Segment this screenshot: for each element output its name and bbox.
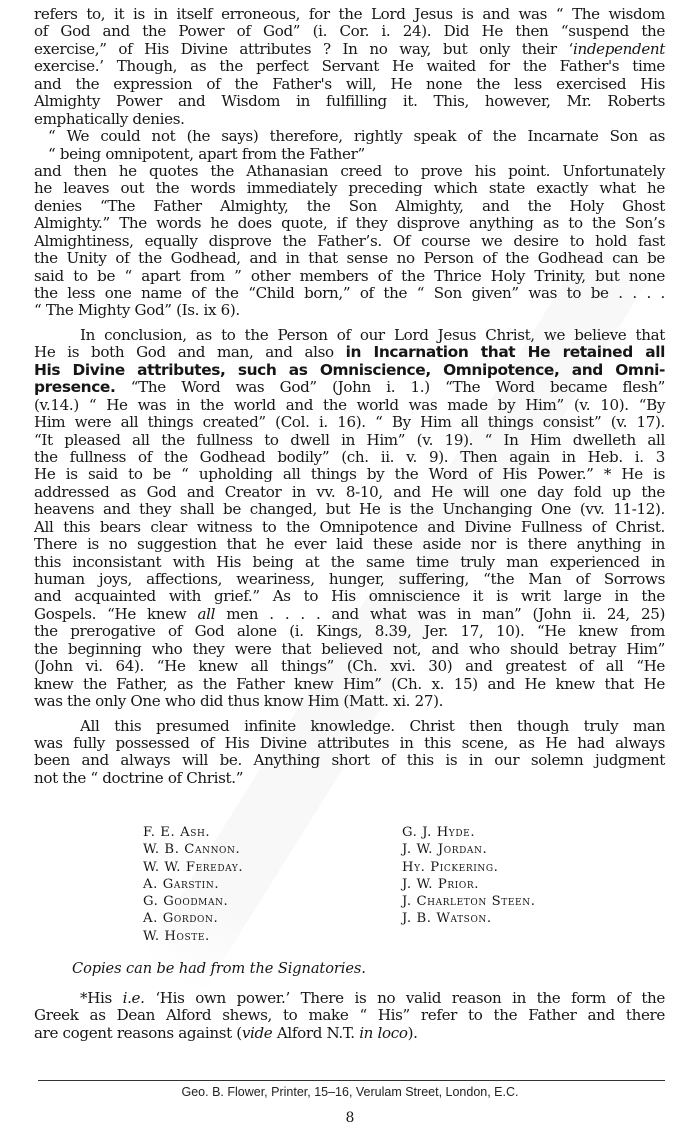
text-line: All this bears clear witness to the Omni…	[34, 519, 665, 536]
text-line: heavens and they shall be changed, but H…	[34, 501, 665, 518]
text-line: presence. “The Word was God” (John i. 1.…	[34, 379, 665, 396]
signatory-name: W. B. Cannon.	[143, 841, 243, 858]
signatory-name: J. W. Prior.	[402, 876, 536, 893]
text-line: “ The Mighty God” (Is. ix 6).	[34, 302, 665, 319]
text-line: was fully possessed of His Divine attrib…	[34, 735, 665, 752]
signatory-name: Hy. Pickering.	[402, 859, 536, 876]
text-line: “ being omnipotent, apart from the Fathe…	[34, 146, 665, 163]
bold-text: His Divine attributes, such as Omniscien…	[34, 361, 665, 379]
text-line: and the expression of the Father's will,…	[34, 76, 665, 93]
bold-text: in Incarnation that He retained all	[346, 343, 665, 361]
text-line: “ We could not (he says) therefore, righ…	[34, 128, 665, 145]
signatory-name: J. Charleton Steen.	[402, 893, 536, 910]
footer-divider	[38, 1080, 665, 1081]
signatory-name: W. W. Fereday.	[143, 859, 243, 876]
text-line: the less one name of the “Child born,” o…	[34, 285, 665, 302]
signatory-name: J. W. Jordan.	[402, 841, 536, 858]
signatories-right-column: G. J. Hyde. J. W. Jordan. Hy. Pickering.…	[402, 824, 536, 928]
text-line: and acquainted with grief.” As to His om…	[34, 588, 665, 605]
text-line: (John vi. 64). “He knew all things” (Ch.…	[34, 658, 665, 675]
text-line: and then he quotes the Athanasian creed …	[34, 163, 665, 180]
text-line: Him were all things created” (Col. i. 16…	[34, 414, 665, 431]
text-line: emphatically denies.	[34, 111, 665, 128]
text-line: exercise.’ Though, as the perfect Servan…	[34, 58, 665, 75]
bold-text: presence.	[34, 378, 115, 396]
text-line: He is said to be “ upholding all things …	[34, 466, 665, 483]
document-body: refers to, it is in itself erroneous, fo…	[34, 6, 665, 787]
signatory-name: G. Goodman.	[143, 893, 243, 910]
text-line: said to be “ apart from ” other members …	[34, 268, 665, 285]
text-line: Almighty.” The words he does quote, if t…	[34, 215, 665, 232]
text-line: His Divine attributes, such as Omniscien…	[34, 362, 665, 379]
text-line: of God and the Power of God” (i. Cor. i.…	[34, 23, 665, 40]
signatory-name: W. Hoste.	[143, 928, 243, 945]
text-line: *His i.e. ‘His own power.’ There is no v…	[34, 990, 665, 1007]
italic-text: independent	[573, 40, 665, 58]
block-quote: “ We could not (he says) therefore, righ…	[34, 128, 665, 163]
italic-text: all	[198, 605, 216, 623]
text-line: Almighty Power and Wisdom in fulfilling …	[34, 93, 665, 110]
text-line: “It pleased all the fullness to dwell in…	[34, 432, 665, 449]
text-line: he leaves out the words immediately prec…	[34, 180, 665, 197]
text-line: Almightiness, equally disprove the Fathe…	[34, 233, 665, 250]
signatory-name: A. Gordon.	[143, 910, 243, 927]
signatory-name: J. B. Watson.	[402, 910, 536, 927]
text-line: Greek as Dean Alford shews, to make “ Hi…	[34, 1007, 665, 1024]
text-line: addressed as God and Creator in vv. 8-10…	[34, 484, 665, 501]
text-line: exercise,” of His Divine attributes ? In…	[34, 41, 665, 58]
printer-imprint: Geo. B. Flower, Printer, 15–16, Verulam …	[0, 1085, 700, 1099]
text-line: (v.14.) “ He was in the world and the wo…	[34, 397, 665, 414]
text-line: the beginning who they were that believe…	[34, 641, 665, 658]
text-line: been and always will be. Anything short …	[34, 752, 665, 769]
paragraph-2: and then he quotes the Athanasian creed …	[34, 163, 665, 320]
text-line: are cogent reasons against (vide Alford …	[34, 1025, 665, 1042]
page-number: 8	[0, 1110, 700, 1126]
footnote: *His i.e. ‘His own power.’ There is no v…	[34, 990, 665, 1042]
text-line: knew the Father, as the Father knew Him”…	[34, 676, 665, 693]
signatory-name: G. J. Hyde.	[402, 824, 536, 841]
signatories-left-column: F. E. Ash. W. B. Cannon. W. W. Fereday. …	[143, 824, 243, 945]
signatory-name: F. E. Ash.	[143, 824, 243, 841]
paragraph-1: refers to, it is in itself erroneous, fo…	[34, 6, 665, 128]
text-line: the prerogative of God alone (i. Kings, …	[34, 623, 665, 640]
paragraph-4: All this presumed infinite knowledge. Ch…	[34, 718, 665, 788]
text-line: In conclusion, as to the Person of our L…	[34, 327, 665, 344]
paragraph-3: In conclusion, as to the Person of our L…	[34, 327, 665, 711]
text-line: Gospels. “He knew all men . . . . and wh…	[34, 606, 665, 623]
text-line: was the only One who did thus know Him (…	[34, 693, 665, 710]
copies-note: Copies can be had from the Signatories.	[72, 960, 366, 977]
signatory-name: A. Garstin.	[143, 876, 243, 893]
text-line: He is both God and man, and also in Inca…	[34, 344, 665, 361]
text-line: All this presumed infinite knowledge. Ch…	[34, 718, 665, 735]
text-line: refers to, it is in itself erroneous, fo…	[34, 6, 665, 23]
text-line: this inconsistant with His being at the …	[34, 554, 665, 571]
text-line: There is no suggestion that he ever laid…	[34, 536, 665, 553]
text-line: human joys, affections, weariness, hunge…	[34, 571, 665, 588]
text-line: the Unity of the Godhead, and in that se…	[34, 250, 665, 267]
text-line: denies “The Father Almighty, the Son Alm…	[34, 198, 665, 215]
text-line: not the “ doctrine of Christ.”	[34, 770, 665, 787]
text-line: the fullness of the Godhead bodily” (ch.…	[34, 449, 665, 466]
